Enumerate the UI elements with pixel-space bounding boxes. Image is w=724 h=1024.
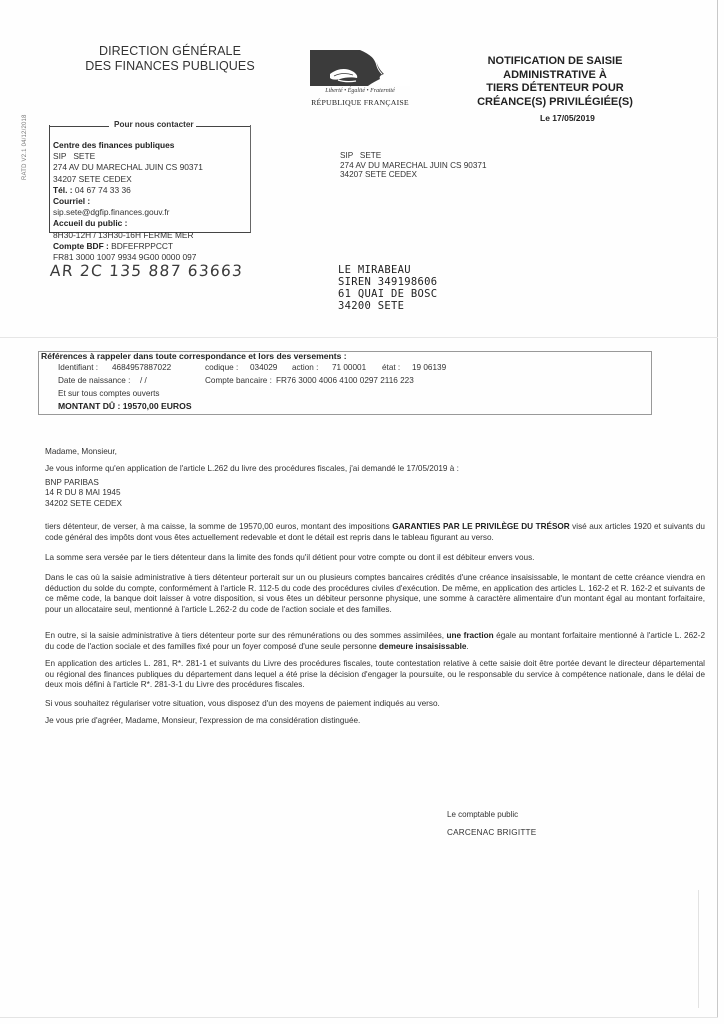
page-edge-bottom xyxy=(0,1017,718,1018)
paragraph-regularisation: Si vous souhaitez régulariser votre situ… xyxy=(45,699,705,710)
notice-title-line-4: CRÉANCE(S) PRIVILÉGIÉE(S) xyxy=(455,96,655,110)
issuer-line-1: DIRECTION GÉNÉRALE xyxy=(80,44,260,59)
sender-address-line-3: 34207 SETE CEDEX xyxy=(340,170,487,180)
signatory-name: CARCENAC BRIGITTE xyxy=(447,828,536,837)
paragraph-salary-seizure: En outre, si la saisie administrative à … xyxy=(45,631,705,652)
page-edge-right xyxy=(717,0,718,1018)
paragraph-payment-request: tiers détenteur, de verser, à ma caisse,… xyxy=(45,522,705,543)
notice-title-line-2: ADMINISTRATIVE À xyxy=(455,69,655,83)
contact-box-top-border xyxy=(196,126,250,127)
third-party-city: 34202 SETE CEDEX xyxy=(45,499,122,509)
bank-account-value: FR76 3000 4006 4100 0297 2116 223 xyxy=(276,376,414,385)
paragraph-payment-limit: La somme sera versée par le tiers détent… xyxy=(45,553,705,564)
paragraph-unseizable-amounts: Dans le cas où la saisie administrative … xyxy=(45,573,705,615)
logo-republique-francaise: RÉPUBLIQUE FRANÇAISE xyxy=(310,98,410,107)
handwritten-tracking-number: AR 2C 135 887 63663 xyxy=(49,262,243,280)
codique-value: 034029 xyxy=(250,363,277,372)
third-party-street: 14 R DU 8 MAI 1945 xyxy=(45,488,122,498)
notice-title: NOTIFICATION DE SAISIE ADMINISTRATIVE À … xyxy=(455,55,655,109)
birth-date-label: Date de naissance : xyxy=(58,376,130,385)
paragraph-closing: Je vous prie d'agréer, Madame, Monsieur,… xyxy=(45,716,705,727)
references-title: Références à rappeler dans toute corresp… xyxy=(41,351,347,361)
codique-label: codique : xyxy=(205,363,238,372)
notice-title-line-1: NOTIFICATION DE SAISIE xyxy=(455,55,655,69)
third-party-name: BNP PARIBAS xyxy=(45,478,122,488)
recipient-siren: SIREN 349198606 xyxy=(338,276,437,288)
notice-date: Le 17/05/2019 xyxy=(540,113,595,123)
bank-account-label: Compte bancaire : xyxy=(205,376,272,385)
salutation: Madame, Monsieur, xyxy=(45,447,117,456)
recipient-address: LE MIRABEAU SIREN 349198606 61 QUAI DE B… xyxy=(338,264,437,312)
logo-motto: Liberté • Égalité • Fraternité xyxy=(310,88,410,94)
amount-due: MONTANT DÛ : 19570,00 EUROS xyxy=(58,401,192,411)
etat-value: 19 06139 xyxy=(412,363,446,372)
contact-address-line-1: 274 AV DU MARECHAL JUIN CS 90371 xyxy=(53,162,203,173)
all-accounts-note: Et sur tous comptes ouverts xyxy=(58,389,159,398)
sender-address-line-2: 274 AV DU MARECHAL JUIN CS 90371 xyxy=(340,161,487,171)
document-page: DIRECTION GÉNÉRALE DES FINANCES PUBLIQUE… xyxy=(0,0,724,1024)
contact-phone-label: Tél. : xyxy=(53,185,73,195)
action-value: 71 00001 xyxy=(332,363,366,372)
recipient-city: 34200 SETE xyxy=(338,300,437,312)
action-label: action : xyxy=(292,363,318,372)
identifiant-value: 4684957887022 xyxy=(112,363,171,372)
third-party-holder: BNP PARIBAS 14 R DU 8 MAI 1945 34202 SET… xyxy=(45,478,122,509)
issuer-name: DIRECTION GÉNÉRALE DES FINANCES PUBLIQUE… xyxy=(80,44,260,74)
contact-phone: 04 67 74 33 36 xyxy=(75,185,131,195)
etat-label: état : xyxy=(382,363,400,372)
contact-service: SIP SETE xyxy=(53,151,203,162)
contact-hours-label: Accueil du public : xyxy=(53,218,127,228)
contact-bdf: BDFEFRPPCCT xyxy=(111,241,173,251)
contact-email[interactable]: sip.sete@dgfip.finances.gouv.fr xyxy=(53,207,203,218)
contact-email-label: Courriel : xyxy=(53,196,90,206)
contact-hours: 8H30-12H / 13H30-16H FERME MER xyxy=(53,230,203,241)
birth-date-value: / / xyxy=(140,376,147,385)
contact-box-top-border xyxy=(49,126,109,127)
identifiant-label: Identifiant : xyxy=(58,363,98,372)
notice-title-line-3: TIERS DÉTENTEUR POUR xyxy=(455,82,655,96)
intro-paragraph: Je vous informe qu'en application de l'a… xyxy=(45,464,459,473)
sender-address-line-1: SIP SETE xyxy=(340,151,487,161)
signatory-title: Le comptable public xyxy=(447,810,518,819)
page-edge-shadow xyxy=(698,890,699,1008)
republique-francaise-logo: Liberté • Égalité • Fraternité RÉPUBLIQU… xyxy=(310,50,410,112)
issuer-line-2: DES FINANCES PUBLIQUES xyxy=(80,59,260,74)
paragraph-contestation: En application des articles L. 281, R*. … xyxy=(45,659,705,691)
contact-details: Centre des finances publiques SIP SETE 2… xyxy=(53,140,203,263)
contact-address-line-2: 34207 SETE CEDEX xyxy=(53,174,203,185)
contact-center-label: Centre des finances publiques xyxy=(53,140,174,150)
recipient-street: 61 QUAI DE BOSC xyxy=(338,288,437,300)
form-version-code: RATD V2.1 04/12/2018 xyxy=(22,114,28,180)
marianne-logo-icon xyxy=(310,50,410,86)
contact-legend: Pour nous contacter xyxy=(114,120,194,129)
contact-bdf-label: Compte BDF : xyxy=(53,241,109,251)
fold-line xyxy=(0,337,718,338)
recipient-name: LE MIRABEAU xyxy=(338,264,437,276)
sender-address: SIP SETE 274 AV DU MARECHAL JUIN CS 9037… xyxy=(340,151,487,180)
